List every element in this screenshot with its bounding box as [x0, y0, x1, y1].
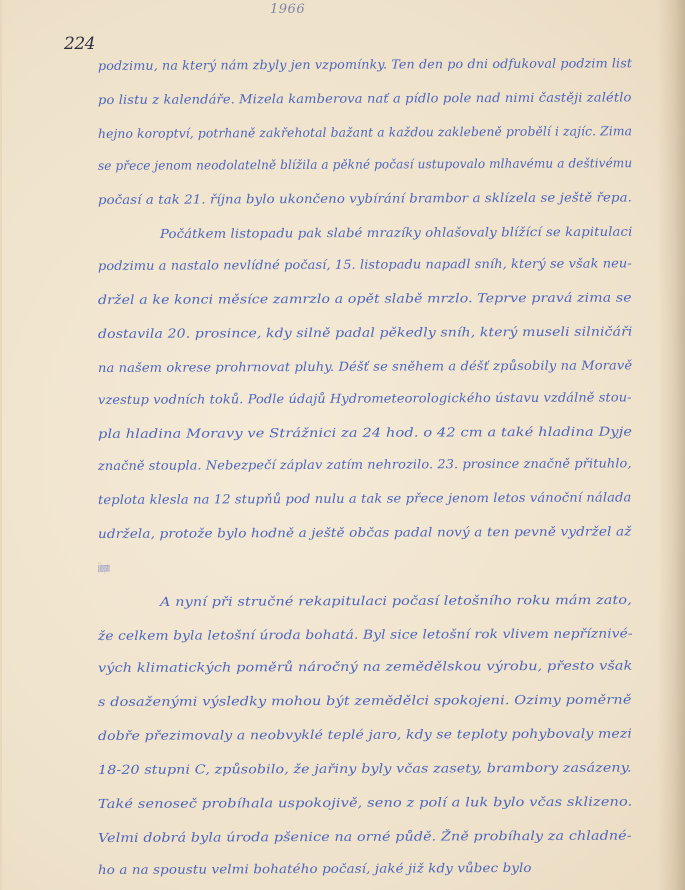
text-line: hejno koroptví, potrhaně zakřehotal baža… [98, 123, 632, 142]
text-line: pla hladina Moravy ve Strážnici za 24 ho… [98, 424, 632, 442]
text-line: ho a na spoustu velmi bohatého počasí, j… [98, 860, 532, 878]
text-line: dobře přezimovaly a neobvyklé teplé jaro… [98, 726, 632, 744]
text-line: dostavila 20. prosince, kdy silně padal … [98, 324, 633, 342]
text-line: Také senoseč probíhala uspokojivě, seno … [98, 794, 632, 812]
text-line: 18-20 stupni C, způsobilo, že jařiny byl… [98, 760, 632, 778]
chronicle-page: 1966 224 podzimu, na který nám zbyly jen… [0, 0, 685, 890]
text-line: značně stoupla. Nebezpečí záplav zatím n… [98, 455, 632, 474]
text-line: Počátkem listopadu pak slabé mrazíky ohl… [160, 224, 632, 242]
text-line: podzimu, na který nám zbyly jen vzpomínk… [98, 55, 632, 74]
year-heading: 1966 [270, 2, 305, 17]
text-line: držel a ke konci měsíce zamrzlo a opět s… [98, 290, 632, 308]
text-line: udržela, protože bylo hodně a ještě obča… [98, 523, 632, 542]
text-line: teplota klesla na 12 stupňů pod nulu a t… [98, 489, 632, 508]
text-line: vých klimatických poměrů náročný na země… [98, 658, 633, 676]
text-line: že celkem byla letošní úroda bohatá. Byl… [98, 625, 633, 644]
text-line: Velmi dobrá byla úroda pšenice na orné p… [98, 828, 632, 846]
text-line: do konce prosince. [98, 559, 110, 576]
text-line: podzimu a nastalo nevlídné počasí, 15. l… [98, 255, 632, 274]
text-line: se přece jenom neodolatelně blížila a pě… [98, 155, 632, 174]
text-line: A nyní při stručné rekapitulaci počasí l… [160, 592, 632, 610]
text-line: na našem okrese prohrnovat pluhy. Déšť s… [98, 357, 632, 376]
text-line: počasí a tak 21. října bylo ukončeno vyb… [98, 189, 632, 208]
page-number: 224 [64, 34, 95, 54]
text-line: po listu z kalendáře. Mizela kamberova n… [98, 89, 632, 108]
text-line: vzestup vodních toků. Podle údajů Hydrom… [98, 389, 632, 408]
text-line: s dosaženými výsledky mohou být zemědělc… [98, 692, 632, 710]
